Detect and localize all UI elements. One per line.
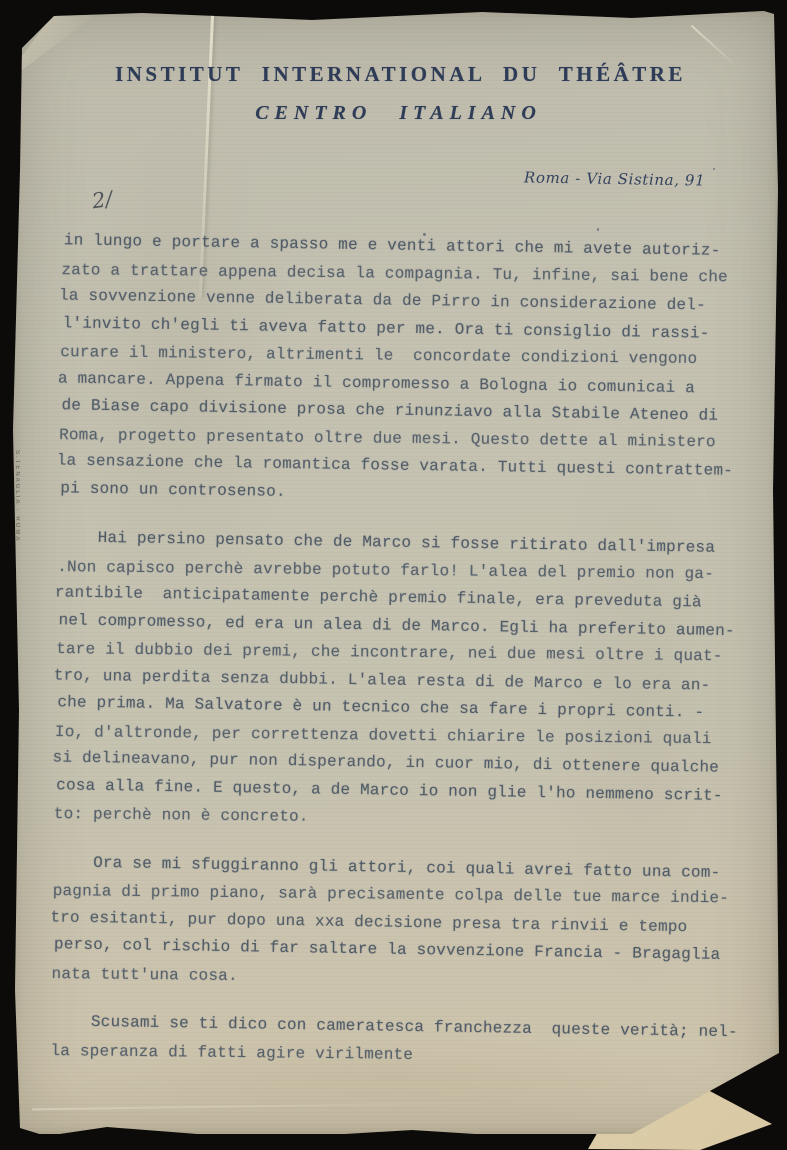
- ink-speck: [423, 233, 426, 236]
- scanned-letter-page: S.TENAGLIA - ROMA INSTITUT INTERNATIONAL…: [0, 0, 787, 1150]
- paragraph: Scusami se ti dico con cameratesca franc…: [50, 1009, 742, 1074]
- letter-paper: S.TENAGLIA - ROMA INSTITUT INTERNATIONAL…: [12, 10, 779, 1134]
- paragraph: in lungo e portare a spasso me e venti a…: [58, 228, 753, 513]
- corner-fold: [12, 10, 102, 70]
- crease-line: [691, 25, 735, 65]
- crease-line: [32, 1102, 512, 1111]
- ink-speck: [597, 228, 599, 231]
- letterhead-address: Roma - Via Sistina, 91: [524, 168, 705, 189]
- letterhead-subtitle: CENTRO ITALIANO: [12, 102, 779, 125]
- page-number-annotation: 2/: [90, 187, 114, 214]
- letter-body: in lungo e portare a spasso me e venti a…: [50, 228, 753, 1074]
- ink-speck: [713, 168, 715, 170]
- letterhead-title: INSTITUT INTERNATIONAL DU THÉÂTRE: [12, 62, 779, 87]
- printer-mark: S.TENAGLIA - ROMA: [14, 450, 20, 542]
- paragraph: Hai persino pensato che de Marco si foss…: [54, 525, 749, 837]
- paragraph: Ora se mi sfuggiranno gli attori, coi qu…: [51, 849, 744, 996]
